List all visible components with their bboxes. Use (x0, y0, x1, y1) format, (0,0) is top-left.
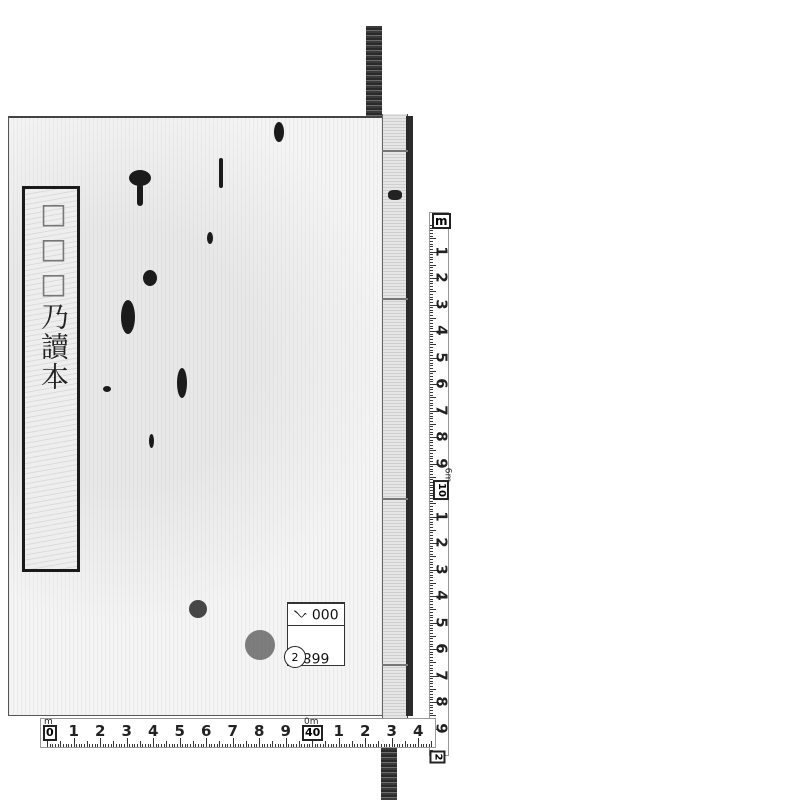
ruler-tick (394, 744, 395, 747)
ruler-tick (76, 744, 77, 747)
ruler-tick (227, 744, 228, 747)
ruler-tick (430, 257, 433, 258)
title-text: □□□乃讀本 (33, 197, 73, 392)
ruler-tick (430, 580, 433, 581)
ruler-tick (386, 744, 387, 747)
ruler-tick (172, 744, 173, 747)
ruler-tick (129, 744, 130, 747)
ruler-tick (421, 744, 422, 747)
ruler-tick (381, 744, 382, 747)
ruler-tick (307, 744, 308, 747)
ruler-number: 3 (122, 724, 132, 739)
ruler-tick (430, 562, 433, 563)
ruler-tick (413, 744, 414, 747)
ruler-tick (209, 744, 210, 747)
ruler-tick (264, 744, 265, 747)
ruler-tick (333, 744, 334, 747)
ruler-tick (430, 657, 433, 658)
ruler-tick (198, 744, 199, 747)
ruler-tick (402, 744, 403, 747)
ruler-number: 1 (434, 511, 449, 521)
ruler-tick (346, 744, 347, 747)
ruler-tick (430, 681, 433, 682)
ruler-tick (217, 744, 218, 747)
ruler-tick (430, 683, 433, 684)
ruler-tick (119, 744, 120, 747)
ruler-tick (430, 241, 433, 242)
ruler-tick (430, 376, 433, 377)
ruler-number: 3 (387, 724, 397, 739)
ruler-tick (430, 471, 433, 472)
ruler-tick (291, 744, 292, 747)
binding-stitch (382, 298, 408, 300)
stain (149, 434, 154, 448)
ruler-tick (415, 744, 416, 747)
ruler-tick (158, 744, 159, 747)
ruler-tick (368, 744, 369, 747)
ruler-tick (430, 291, 436, 292)
ruler-number: 8 (434, 431, 449, 441)
ruler-tick (430, 694, 433, 695)
stain (189, 600, 207, 618)
ruler-tick (195, 744, 196, 747)
ruler-tick (331, 744, 332, 747)
ruler-number: 6 (434, 378, 449, 388)
ruler-tick (211, 744, 212, 747)
ruler-tick (430, 686, 433, 687)
ruler-tick (230, 744, 231, 747)
ruler-tick (219, 741, 220, 747)
ruler-tick (341, 744, 342, 747)
bookmark-ribbon-top (366, 26, 382, 118)
ruler-tick (430, 347, 433, 348)
ruler-tick (430, 312, 433, 313)
ruler-tick (161, 744, 162, 747)
ruler-tick (430, 315, 433, 316)
ruler-tick (430, 236, 433, 237)
ruler-tick (430, 548, 433, 549)
ruler-tick (430, 424, 436, 425)
ruler-number: 7 (434, 405, 449, 415)
ruler-tick (187, 744, 188, 747)
ruler-tick (137, 744, 138, 747)
ruler-tick (430, 628, 433, 629)
ruler-tick (430, 342, 433, 343)
title-legible: 乃讀本 (37, 302, 70, 392)
ruler-box-label: 40 (302, 725, 323, 741)
stain (177, 368, 187, 398)
ruler-tick (430, 456, 433, 457)
ruler-number: 8 (254, 724, 264, 739)
ruler-tick (430, 532, 433, 533)
ruler-tick (430, 323, 433, 324)
ruler-number: 3 (434, 564, 449, 574)
ruler-number: 2 (434, 537, 449, 547)
ruler-tick (201, 744, 202, 747)
ruler-tick (430, 633, 433, 634)
ruler-tick (336, 744, 337, 747)
ruler-tick (430, 365, 433, 366)
ruler-tick (430, 429, 433, 430)
ruler-tick (430, 286, 433, 287)
ruler-number: 9 (281, 724, 291, 739)
ruler-tick (430, 294, 433, 295)
spine-edge (406, 116, 413, 716)
ruler-unit-label: 6m (442, 468, 452, 483)
ruler-number: 2 (95, 724, 105, 739)
ruler-tick (430, 363, 433, 364)
ruler-tick (430, 289, 433, 290)
ruler-number: 6 (434, 643, 449, 653)
call-number-row (288, 625, 344, 647)
ruler-tick (430, 715, 436, 716)
ruler-tick (174, 744, 175, 747)
ruler-tick (430, 630, 433, 631)
ruler-number: 2 (434, 272, 449, 282)
ruler-tick (169, 744, 170, 747)
horizontal-ruler: 0m123456789400m1234 (40, 718, 436, 748)
ruler-tick (430, 339, 433, 340)
book-spine (382, 114, 408, 718)
ruler-tick (430, 609, 436, 610)
ruler-tick (251, 744, 252, 747)
ruler-tick (360, 744, 361, 747)
ruler-tick (225, 744, 226, 747)
ruler-tick (430, 689, 436, 690)
ruler-tick (430, 638, 433, 639)
ruler-tick (63, 744, 64, 747)
ruler-box-label: m (432, 213, 451, 229)
ruler-tick (50, 744, 51, 747)
ruler-tick (430, 607, 433, 608)
ruler-tick (121, 744, 122, 747)
ruler-tick (430, 668, 433, 669)
stain (219, 158, 223, 188)
ruler-tick (430, 501, 433, 502)
ruler-number: 4 (434, 325, 449, 335)
ruler-tick (430, 583, 436, 584)
ruler-tick (317, 744, 318, 747)
ruler-tick (430, 297, 433, 298)
ruler-tick (325, 741, 326, 747)
stain (245, 630, 275, 660)
ruler-tick (95, 744, 96, 747)
ruler-tick (164, 744, 165, 747)
stain (103, 386, 111, 392)
ruler-tick (301, 744, 302, 747)
ruler-tick (60, 741, 61, 747)
ruler-tick (430, 641, 433, 642)
ruler-tick (423, 744, 424, 747)
ruler-tick (344, 744, 345, 747)
ruler-number: 7 (228, 724, 238, 739)
ruler-tick (354, 744, 355, 747)
ruler-tick (430, 707, 433, 708)
ruler-tick (357, 744, 358, 747)
ruler-tick (293, 744, 294, 747)
ruler-tick (270, 744, 271, 747)
ruler-tick (299, 741, 300, 747)
ruler-tick (124, 744, 125, 747)
ruler-tick (68, 744, 69, 747)
ruler-box-label: 10 (433, 480, 449, 500)
ruler-tick (430, 530, 436, 531)
ruler-tick (430, 418, 433, 419)
ruler-tick (222, 744, 223, 747)
ruler-tick (315, 744, 316, 747)
ruler-number: 6 (201, 724, 211, 739)
ruler-tick (349, 744, 350, 747)
ruler-tick (148, 744, 149, 747)
ruler-tick (430, 615, 433, 616)
ruler-number: 5 (434, 352, 449, 362)
ruler-tick (362, 744, 363, 747)
ruler-tick (97, 744, 98, 747)
ruler-tick (430, 527, 433, 528)
ruler-tick (156, 744, 157, 747)
ruler-tick (430, 469, 433, 470)
ruler-tick (430, 397, 436, 398)
stain (121, 300, 135, 334)
ruler-tick (182, 744, 183, 747)
ruler-tick (193, 741, 194, 747)
ruler-tick (429, 744, 430, 747)
ruler-tick (58, 744, 59, 747)
ruler-tick (145, 744, 146, 747)
ruler-tick (430, 336, 433, 337)
ruler-tick (430, 318, 436, 319)
ruler-tick (430, 371, 436, 372)
ruler-tick (430, 601, 433, 602)
ruler-tick (203, 744, 204, 747)
ruler-tick (430, 392, 433, 393)
ruler-tick (430, 368, 433, 369)
ruler-tick (309, 744, 310, 747)
ruler-tick (240, 744, 241, 747)
ruler-tick (430, 522, 433, 523)
ruler-tick (185, 744, 186, 747)
ruler-tick (105, 744, 106, 747)
ruler-tick (405, 741, 406, 747)
ruler-tick (430, 556, 436, 557)
ruler-tick (103, 744, 104, 747)
ruler-tick (430, 310, 433, 311)
ruler-tick (166, 741, 167, 747)
ruler-tick (430, 421, 433, 422)
ruler-tick (430, 503, 436, 504)
ruler-tick (430, 713, 433, 714)
ruler-tick (113, 741, 114, 747)
ruler-tick (430, 665, 433, 666)
ruler-tick (410, 744, 411, 747)
ruler-tick (84, 744, 85, 747)
ruler-tick (378, 741, 379, 747)
ruler-tick (111, 744, 112, 747)
ruler-tick (426, 744, 427, 747)
ruler-tick (132, 744, 133, 747)
ruler-tick (430, 588, 433, 589)
ruler-tick (320, 744, 321, 747)
ruler-tick (296, 744, 297, 747)
ruler-tick (430, 373, 433, 374)
ruler-tick (430, 554, 433, 555)
ruler-tick (431, 741, 432, 747)
binding-stitch (382, 664, 408, 666)
ruler-tick (142, 744, 143, 747)
ruler-tick (430, 509, 433, 510)
ruler-tick (430, 575, 433, 576)
ruler-tick (280, 744, 281, 747)
ruler-tick (430, 524, 433, 525)
ruler-tick (150, 744, 151, 747)
ruler-tick (430, 442, 433, 443)
ruler-tick (430, 259, 433, 260)
ruler-tick (430, 262, 433, 263)
ruler-tick (304, 744, 305, 747)
ruler-tick (430, 389, 433, 390)
ruler-tick (92, 744, 93, 747)
ruler-tick (256, 744, 257, 747)
title-illegible: □□□ (37, 197, 70, 302)
ruler-unit-label: m (44, 717, 53, 727)
ruler-tick (430, 612, 433, 613)
ruler-tick (430, 506, 433, 507)
ruler-tick (430, 551, 433, 552)
ruler-tick (430, 265, 436, 266)
ruler-tick (55, 744, 56, 747)
ruler-tick (430, 535, 433, 536)
binding-stitch (382, 498, 408, 500)
ruler-number: 2 (360, 724, 370, 739)
ruler-number: 1 (69, 724, 79, 739)
ruler-tick (323, 744, 324, 747)
ruler-tick (272, 741, 273, 747)
ruler-tick (430, 453, 433, 454)
ruler-tick (430, 233, 433, 234)
ruler-number: 4 (148, 724, 158, 739)
ruler-tick (389, 744, 390, 747)
ruler-tick (370, 744, 371, 747)
ruler-number: 4 (434, 590, 449, 600)
ruler-tick (430, 474, 433, 475)
ruler-number: 9 (434, 458, 449, 468)
ruler-tick (430, 559, 433, 560)
ruler-tick (430, 477, 436, 478)
ruler-tick (108, 744, 109, 747)
ruler-tick (430, 426, 433, 427)
stain (274, 122, 284, 142)
ruler-tick (254, 744, 255, 747)
ruler-tick (430, 350, 433, 351)
ruler-tick (89, 744, 90, 747)
ruler-tick (238, 744, 239, 747)
ruler-tick (328, 744, 329, 747)
ruler-tick (116, 744, 117, 747)
ruler-tick (177, 744, 178, 747)
ruler-tick (430, 400, 433, 401)
ruler-number: 8 (434, 696, 449, 706)
call-number-row: 000 へ (288, 603, 344, 625)
ruler-tick (267, 744, 268, 747)
ruler-number: 7 (434, 670, 449, 680)
ruler-tick (140, 741, 141, 747)
stain (143, 270, 157, 286)
ruler-tick (79, 744, 80, 747)
ruler-tick (71, 744, 72, 747)
ruler-tick (235, 744, 236, 747)
ruler-tick (430, 660, 433, 661)
ruler-tick (134, 744, 135, 747)
ruler-tick (430, 450, 436, 451)
ruler-tick (384, 744, 385, 747)
ruler-number: 1 (334, 724, 344, 739)
ruler-tick (87, 741, 88, 747)
ruler-tick (430, 416, 433, 417)
ruler-tick (243, 744, 244, 747)
ruler-tick (352, 741, 353, 747)
ruler-tick (430, 244, 433, 245)
ruler-tick (214, 744, 215, 747)
ruler-tick (275, 744, 276, 747)
ruler-tick (430, 267, 433, 268)
ruler-box-label: 0 (43, 725, 57, 741)
ruler-tick (430, 710, 433, 711)
ruler-tick (81, 744, 82, 747)
ruler-tick (430, 585, 433, 586)
ruler-number: 1 (434, 246, 449, 256)
binding-stitch (382, 150, 408, 152)
ruler-number: 5 (434, 617, 449, 627)
ruler-tick (430, 577, 433, 578)
vertical-ruler: m123456789106m1234567892 (429, 212, 449, 756)
ruler-tick (430, 395, 433, 396)
ruler-tick (397, 744, 398, 747)
title-label: □□□乃讀本 (22, 186, 80, 572)
ruler-tick (430, 230, 433, 231)
ruler-tick (430, 403, 433, 404)
stain (207, 232, 213, 244)
library-seal-icon: 2 (284, 646, 306, 668)
ruler-tick (376, 744, 377, 747)
ruler-tick (430, 691, 433, 692)
ruler-tick (407, 744, 408, 747)
stain (137, 184, 143, 206)
ruler-tick (373, 744, 374, 747)
ruler-tick (52, 744, 53, 747)
ruler-tick (430, 636, 436, 637)
ruler-tick (430, 344, 436, 345)
ruler-tick (190, 744, 191, 747)
ruler-tick (430, 283, 433, 284)
ruler-tick (66, 744, 67, 747)
ruler-tick (430, 448, 433, 449)
ruler-number: 4 (413, 724, 423, 739)
ruler-tick (399, 744, 400, 747)
ruler-tick (246, 741, 247, 747)
ruler-tick (430, 320, 433, 321)
ruler-tick (430, 604, 433, 605)
ruler-unit-label: 0m (304, 717, 319, 727)
ruler-tick (278, 744, 279, 747)
ruler-tick (430, 270, 433, 271)
ruler-tick (262, 744, 263, 747)
ruler-tick (283, 744, 284, 747)
ruler-tick (430, 654, 433, 655)
ruler-number: 5 (175, 724, 185, 739)
ruler-box-label: 2 (429, 751, 445, 764)
ruler-tick (288, 744, 289, 747)
ruler-tick (430, 662, 436, 663)
